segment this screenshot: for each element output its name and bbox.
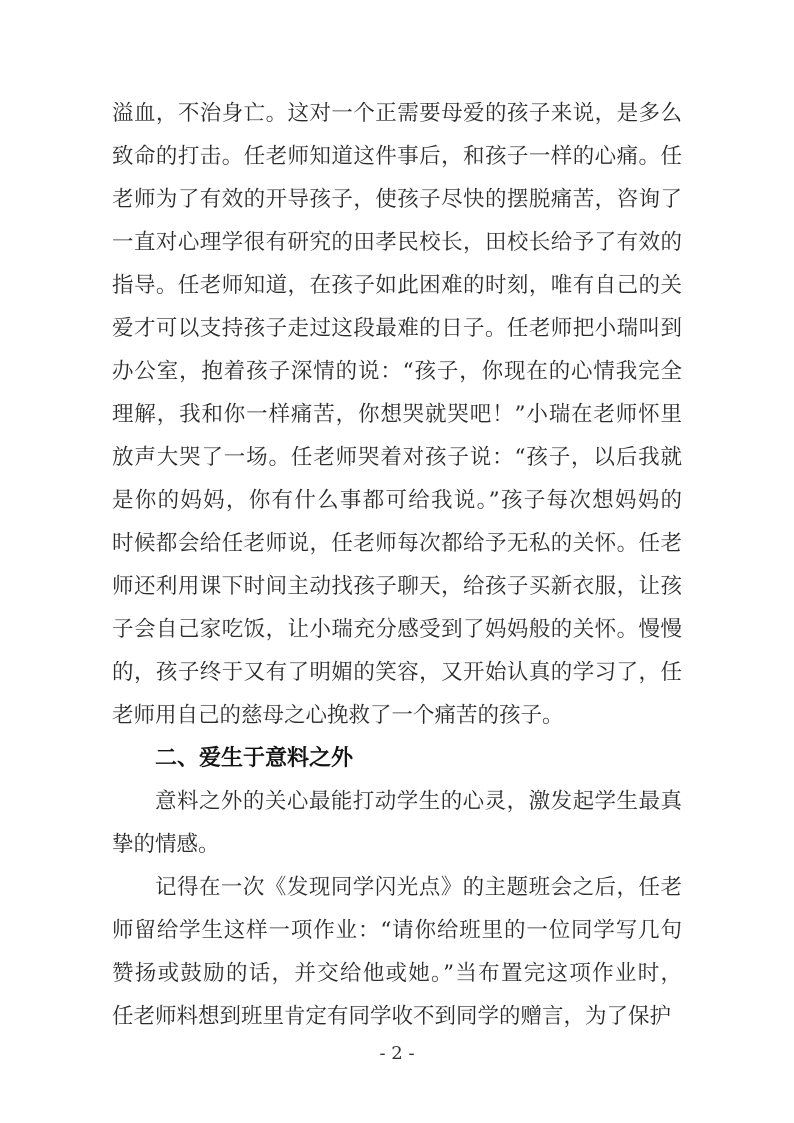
text-line: 老师用自己的慈母之心挽救了一个痛苦的孩子。 [112,694,682,737]
text-line: 爱才可以支持孩子走过这段最难的日子。任老师把小瑞叫到 [112,307,682,350]
text-line: 任老师料想到班里肯定有同学收不到同学的赠言，为了保护 [112,995,682,1038]
paragraph: 意料之外的关心最能打动学生的心灵，激发起学生最真挚的情感。 [112,780,682,866]
document-page: 溢血，不治身亡。这对一个正需要母爱的孩子来说，是多么致命的打击。任老师知道这件事… [0,0,794,1123]
text-line: 一直对心理学很有研究的田孝民校长，田校长给予了有效的 [112,221,682,264]
text-line: 的，孩子终于又有了明媚的笑容，又开始认真的学习了，任 [112,651,682,694]
text-line: 时候都会给任老师说，任老师每次都给予无私的关怀。任老 [112,522,682,565]
text-line: 记得在一次《发现同学闪光点》的主题班会之后，任老 [112,866,682,909]
text-line: 致命的打击。任老师知道这件事后，和孩子一样的心痛。任 [112,135,682,178]
text-line: 办公室，抱着孩子深情的说：“孩子，你现在的心情我完全 [112,350,682,393]
page-footer: - 2 - [0,1043,794,1065]
text-line: 放声大哭了一场。任老师哭着对孩子说：“孩子，以后我就 [112,436,682,479]
paragraph: 记得在一次《发现同学闪光点》的主题班会之后，任老师留给学生这样一项作业：“请你给… [112,866,682,1038]
text-line: 师留给学生这样一项作业：“请你给班里的一位同学写几句 [112,909,682,952]
text-line: 意料之外的关心最能打动学生的心灵，激发起学生最真 [112,780,682,823]
text-line: 师还利用课下时间主动找孩子聊天，给孩子买新衣服，让孩 [112,565,682,608]
text-line: 理解，我和你一样痛苦，你想哭就哭吧！”小瑞在老师怀里 [112,393,682,436]
page-number: - 2 - [379,1043,414,1064]
document-body: 溢血，不治身亡。这对一个正需要母爱的孩子来说，是多么致命的打击。任老师知道这件事… [112,92,682,1038]
text-line: 溢血，不治身亡。这对一个正需要母爱的孩子来说，是多么 [112,92,682,135]
text-line: 老师为了有效的开导孩子，使孩子尽快的摆脱痛苦，咨询了 [112,178,682,221]
section-heading: 二、爱生于意料之外 [112,737,682,780]
text-line: 挚的情感。 [112,823,682,866]
paragraph: 溢血，不治身亡。这对一个正需要母爱的孩子来说，是多么致命的打击。任老师知道这件事… [112,92,682,737]
text-line: 指导。任老师知道，在孩子如此困难的时刻，唯有自己的关 [112,264,682,307]
text-line: 赞扬或鼓励的话，并交给他或她。”当布置完这项作业时， [112,952,682,995]
text-line: 是你的妈妈，你有什么事都可给我说。”孩子每次想妈妈的 [112,479,682,522]
text-line: 子会自己家吃饭，让小瑞充分感受到了妈妈般的关怀。慢慢 [112,608,682,651]
